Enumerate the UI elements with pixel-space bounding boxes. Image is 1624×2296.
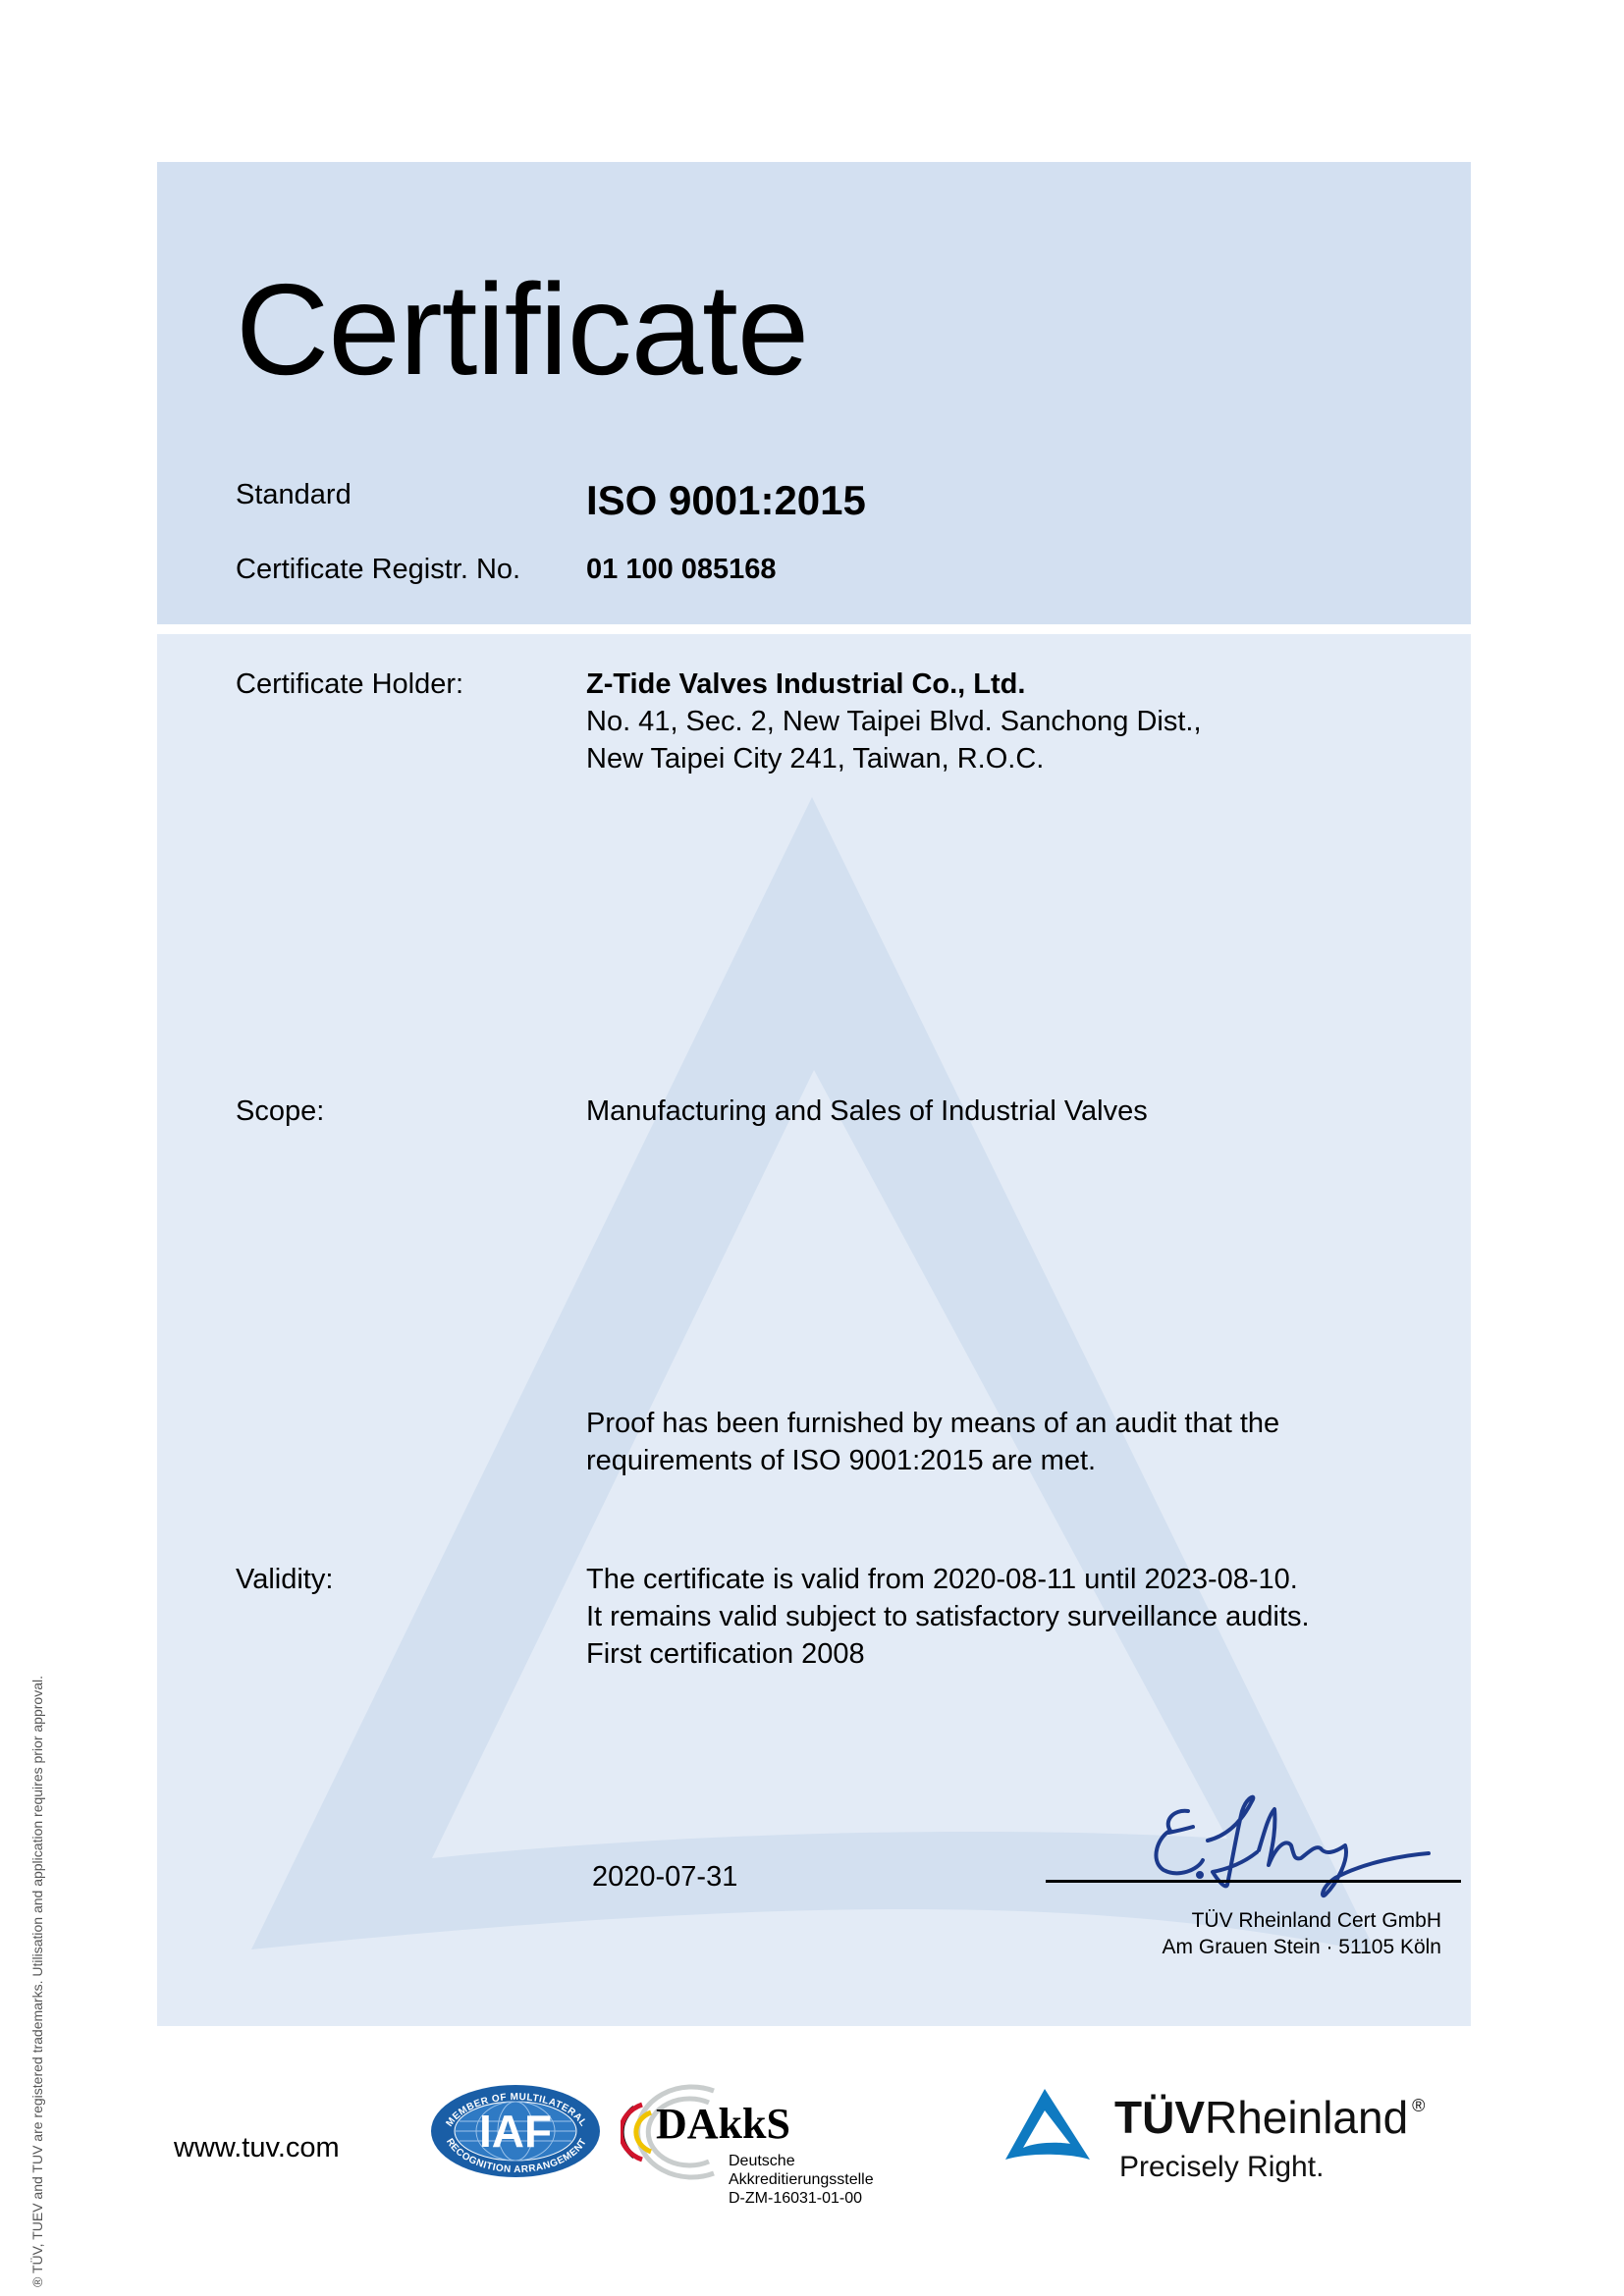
- proof-line-1: Proof has been furnished by means of an …: [586, 1410, 1279, 1438]
- issuer-name: TÜV Rheinland Cert GmbH: [1192, 1907, 1441, 1934]
- proof-line-2: requirements of ISO 9001:2015 are met.: [586, 1447, 1096, 1475]
- tuv-triangle-logo-icon: [1001, 2081, 1100, 2160]
- tuv-brand-bold: TÜV: [1114, 2092, 1205, 2143]
- dakks-line-1: Deutsche: [729, 2152, 795, 2170]
- trademark-side-note: ® TÜV, TUEV and TUV are registered trade…: [29, 1676, 45, 2287]
- signature-icon: [1149, 1791, 1463, 1904]
- registration-label: Certificate Registr. No.: [236, 556, 520, 584]
- dakks-logo: DAkkS Deutsche Akkreditierungsstelle D-Z…: [621, 2083, 905, 2220]
- holder-name: Z-Tide Valves Industrial Co., Ltd.: [586, 670, 1025, 699]
- tuv-rheinland-logo: TÜVRheinland® Precisely Right.: [1001, 2081, 1473, 2218]
- standard-label: Standard: [236, 481, 352, 509]
- registered-mark: ®: [1412, 2096, 1425, 2115]
- dakks-line-2: Akkreditierungsstelle: [729, 2170, 874, 2189]
- validity-label: Validity:: [236, 1566, 333, 1594]
- iaf-globe-icon: IAF MEMBER OF MULTILATERAL RECOGNITION A…: [430, 2084, 602, 2179]
- validity-line-2: It remains valid subject to satisfactory…: [586, 1603, 1310, 1631]
- svg-text:IAF: IAF: [479, 2106, 552, 2157]
- scope-value: Manufacturing and Sales of Industrial Va…: [586, 1097, 1148, 1126]
- certificate-title: Certificate: [236, 265, 808, 395]
- holder-address-line-2: New Taipei City 241, Taiwan, R.O.C.: [586, 745, 1044, 774]
- standard-value: ISO 9001:2015: [586, 480, 866, 521]
- issue-date: 2020-07-31: [592, 1863, 737, 1892]
- validity-line-3: First certification 2008: [586, 1640, 865, 1669]
- dakks-name: DAkkS: [656, 2103, 790, 2146]
- tuv-tagline: Precisely Right.: [1119, 2153, 1324, 2182]
- iaf-logo: IAF MEMBER OF MULTILATERAL RECOGNITION A…: [430, 2084, 602, 2179]
- tuv-brand-regular: Rheinland: [1205, 2092, 1408, 2143]
- tuv-website-link[interactable]: www.tuv.com: [174, 2132, 340, 2164]
- signature-line: [1046, 1880, 1461, 1883]
- dakks-line-3: D-ZM-16031-01-00: [729, 2189, 862, 2208]
- scope-label: Scope:: [236, 1097, 324, 1126]
- issuer-address: Am Grauen Stein · 51105 Köln: [1163, 1934, 1441, 1960]
- validity-line-1: The certificate is valid from 2020-08-11…: [586, 1566, 1298, 1594]
- registration-value: 01 100 085168: [586, 556, 777, 584]
- holder-address-line-1: No. 41, Sec. 2, New Taipei Blvd. Sanchon…: [586, 708, 1202, 736]
- holder-label: Certificate Holder:: [236, 670, 463, 699]
